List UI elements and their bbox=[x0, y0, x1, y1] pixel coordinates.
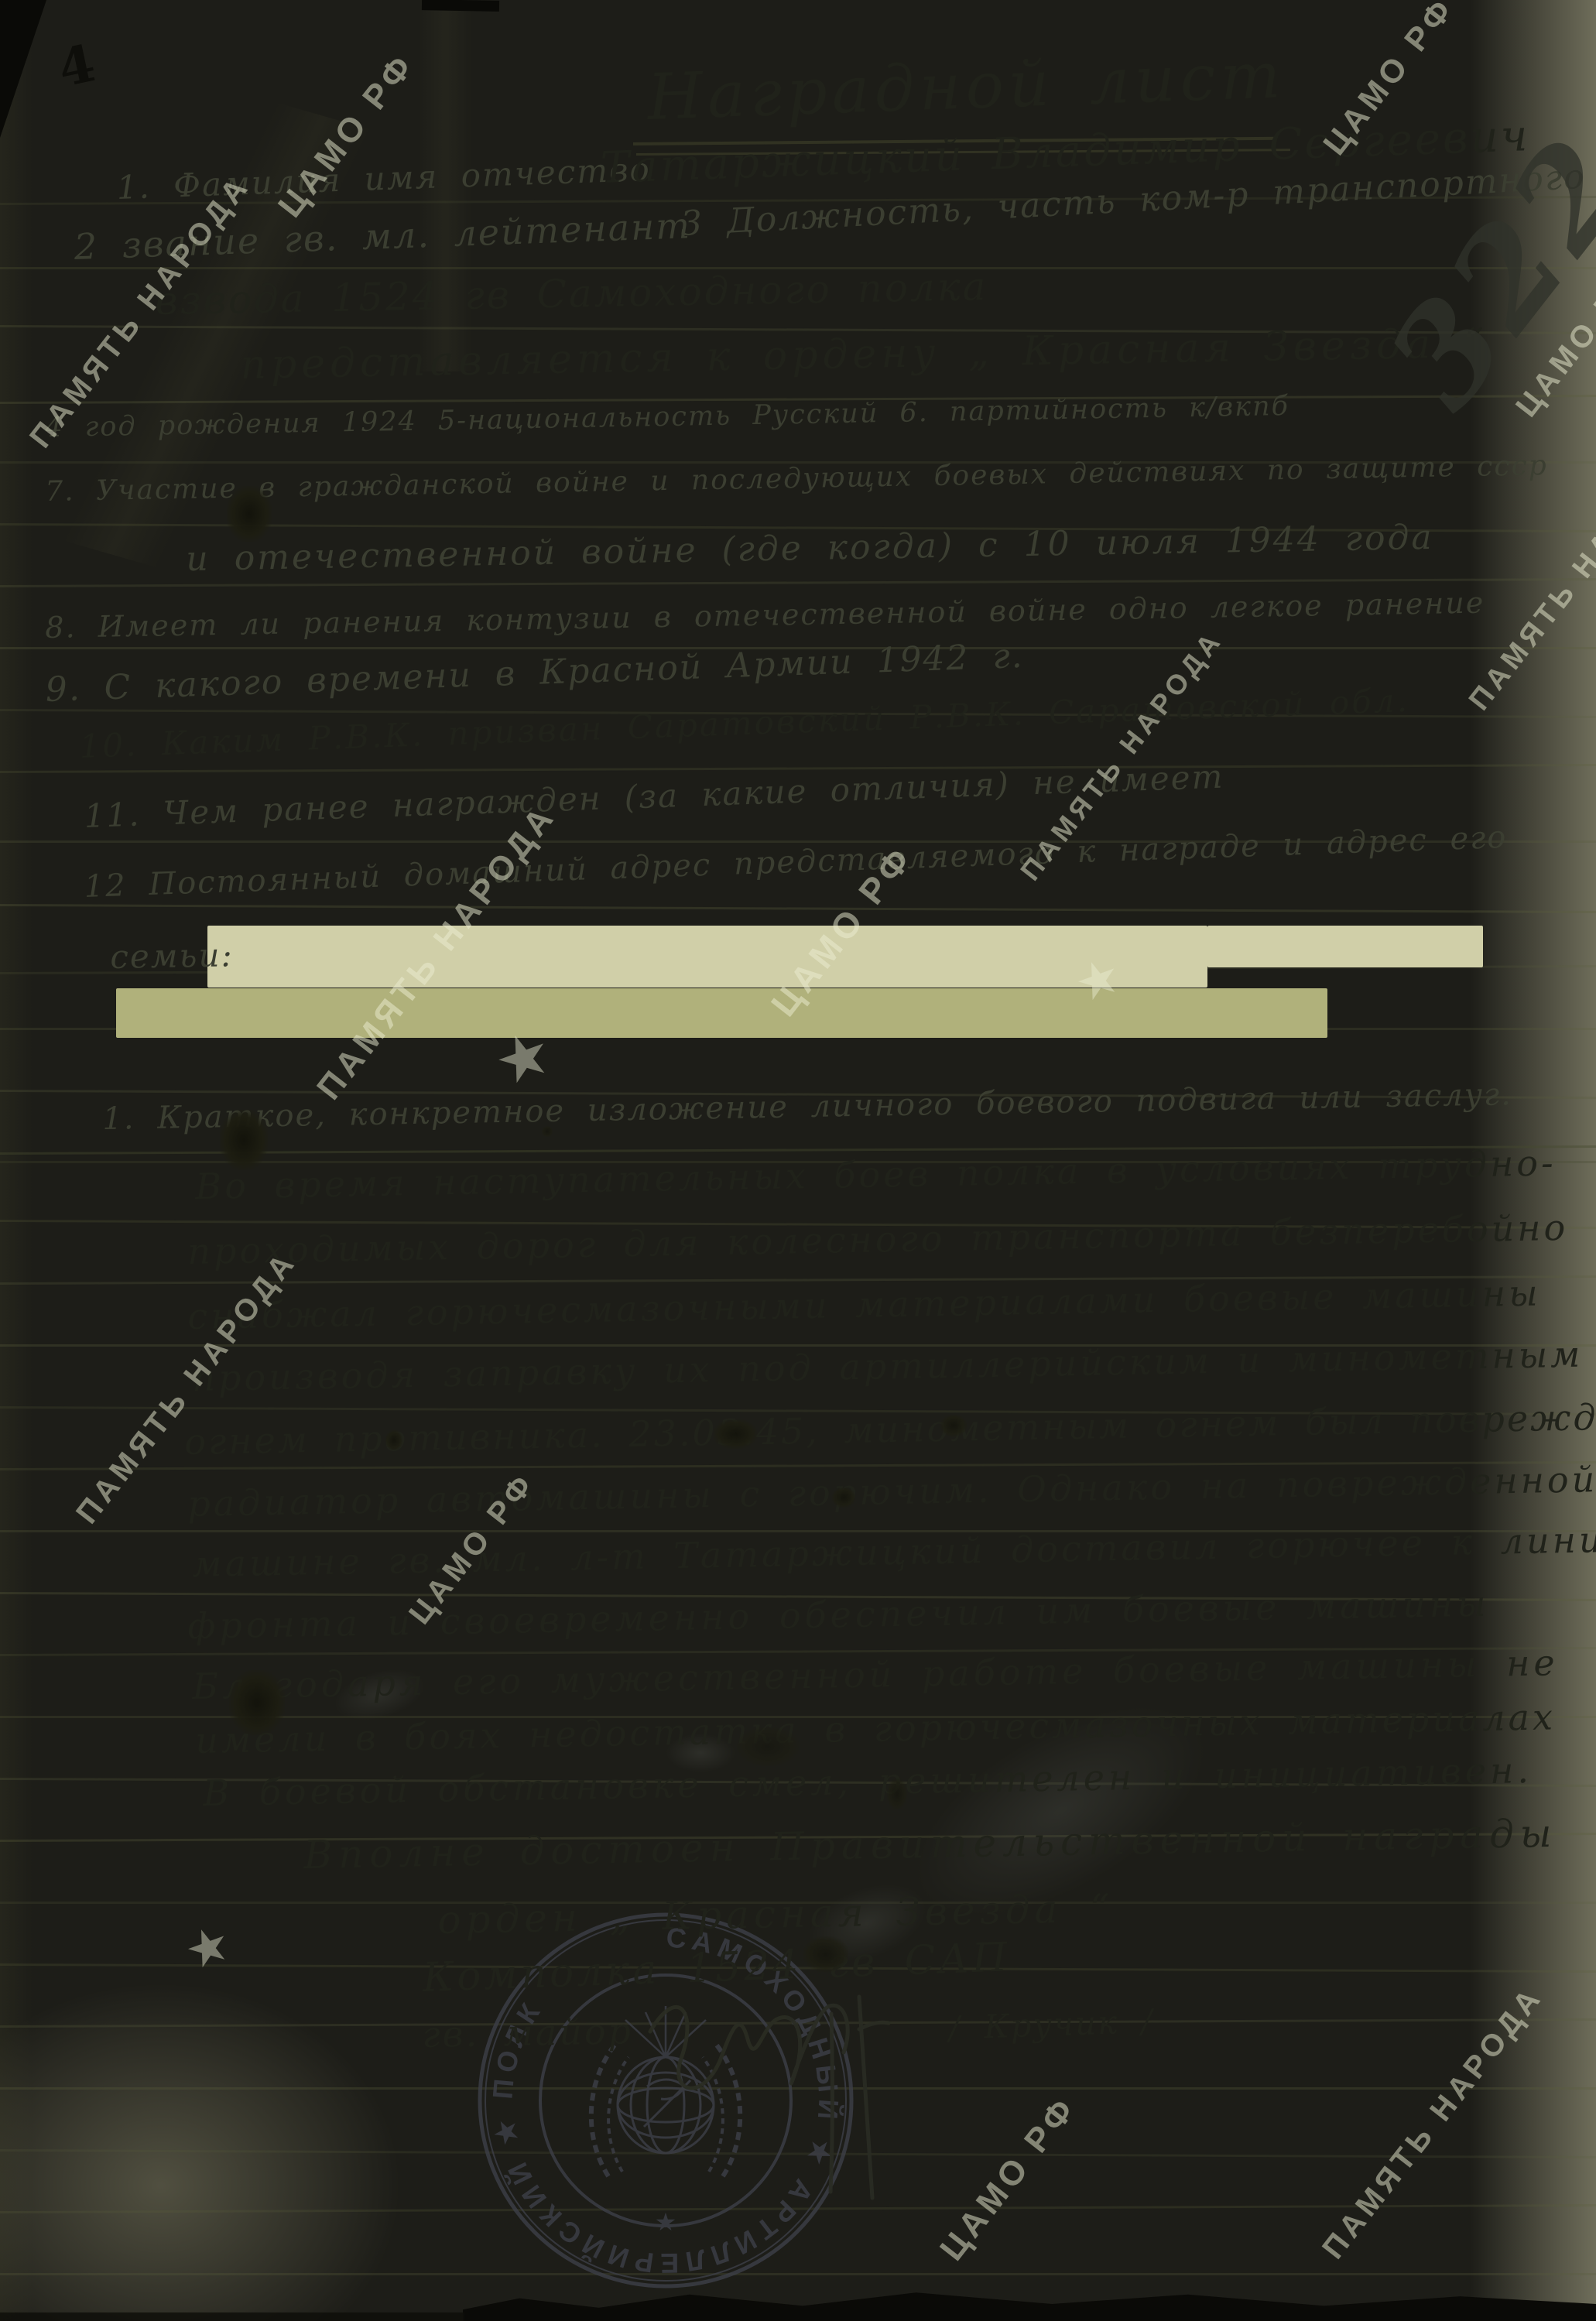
page-corner-mark: 4 bbox=[53, 33, 100, 99]
ruled-line bbox=[0, 904, 1596, 913]
handwritten-line-f7b: и отечественной войне (где когда) с 10 и… bbox=[186, 521, 1434, 577]
handwritten-line-b11: В боевой обстановке смел, решителен и ин… bbox=[203, 1752, 1533, 1811]
watermark-star-icon: ★ bbox=[177, 1913, 238, 1982]
scan-edge bbox=[0, 0, 46, 138]
handwritten-line-c4: гв. майор bbox=[422, 2013, 633, 2052]
ink-blot bbox=[737, 1727, 799, 1766]
redaction-block bbox=[116, 988, 1327, 1038]
ink-blot bbox=[542, 1126, 553, 1137]
handwritten-line-b2: проходимых дорог для колесного транспорт… bbox=[187, 1210, 1569, 1269]
ink-blot bbox=[220, 1110, 268, 1170]
ink-blot bbox=[227, 486, 272, 542]
handwritten-line-f9: 9. С какого времени в Красной Армии 1942… bbox=[45, 639, 1024, 707]
handwritten-line-f12a: 12 Постоянный домашний адрес представляе… bbox=[84, 822, 1508, 902]
scan-edge bbox=[0, 2312, 464, 2321]
handwritten-line-b1: Во время наступательных боев полка в усл… bbox=[195, 1145, 1557, 1204]
scan-edge bbox=[422, 0, 499, 12]
handwritten-line-sec: 1. Краткое, конкретное изложение личного… bbox=[102, 1079, 1512, 1135]
document-page: Наградной лист1. Фамилия имя отчествоТат… bbox=[0, 0, 1596, 2321]
redaction-block bbox=[1207, 926, 1483, 967]
handwritten-line-c2: орден „ Красная Звезда “ bbox=[437, 1889, 1115, 1939]
handwritten-line-f8: 8. Имеет ли ранения контузии в отечестве… bbox=[45, 588, 1485, 642]
handwritten-line-b6: радиатор автомашины с горючим. Однако на… bbox=[187, 1461, 1596, 1522]
ink-blot bbox=[887, 1778, 907, 1809]
ink-blot bbox=[714, 1419, 757, 1449]
ink-blot bbox=[803, 1936, 848, 1972]
ruled-line bbox=[0, 578, 1596, 587]
ink-blot bbox=[832, 1487, 855, 1508]
handwritten-line-f3b: взвода 1524 гв Самоходного полка bbox=[155, 267, 988, 320]
watermark-pamyat-naroda: ПАМЯТЬ НАРОДА bbox=[1316, 1980, 1550, 2266]
handwritten-line-f1_label: 1. Фамилия имя отчество bbox=[116, 153, 651, 204]
handwritten-line-title: Наградной лист bbox=[646, 44, 1286, 130]
handwritten-line-f12b: семьи: bbox=[110, 939, 234, 974]
ink-blot bbox=[940, 1415, 967, 1436]
redaction-block bbox=[207, 926, 1207, 988]
handwritten-line-c1: Вполне достоен Правительственной награды bbox=[303, 1814, 1558, 1874]
ink-blot bbox=[229, 1670, 285, 1735]
handwritten-line-f3c: представляется к ордену „ Красная Звезда… bbox=[240, 324, 1489, 385]
ink-blot bbox=[385, 1430, 402, 1450]
handwritten-line-b3: снабжал горючесмазочными материалами бое… bbox=[187, 1275, 1541, 1334]
